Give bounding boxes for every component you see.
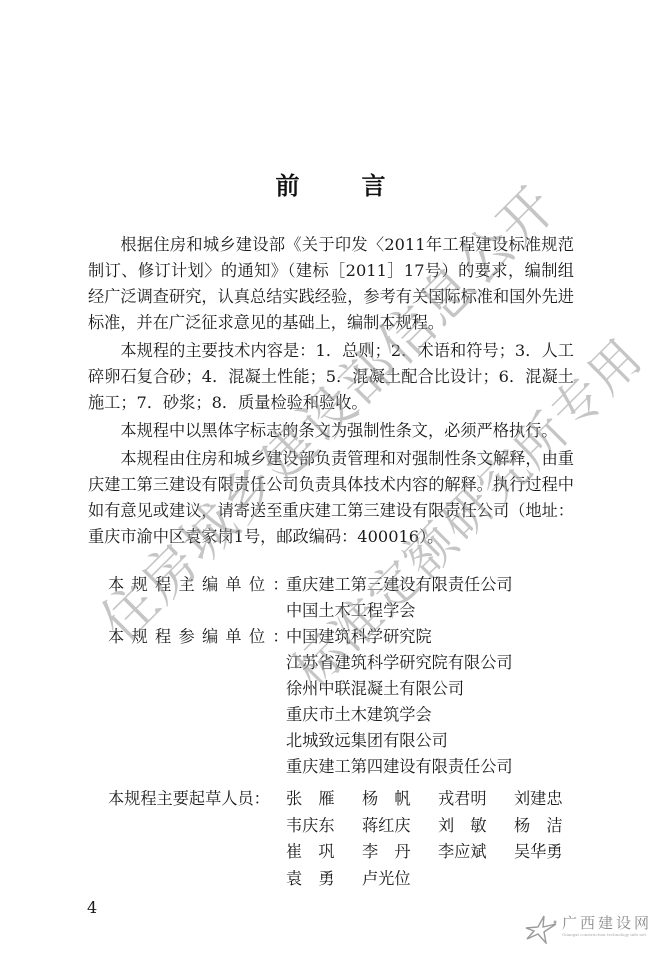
participating-unit: 重庆建工第四建设有限责任公司	[286, 754, 513, 780]
participating-unit: 江苏省建筑科学研究院有限公司	[286, 650, 513, 676]
participating-unit: 徐州中联混凝土有限公司	[286, 676, 513, 702]
credits-section: 本规程主编单位： 重庆建工第三建设有限责任公司 中国土木工程学会 本规程参编单位…	[88, 572, 513, 780]
drafter-name: 杨 洁	[514, 813, 590, 840]
site-logo: 广西建设网 Guangxi construction technology in…	[524, 914, 659, 952]
preface-body: 根据住房和城乡建设部《关于印发〈2011年工程建设标准规范制订、修订计划〉的通知…	[88, 232, 574, 550]
logo-name-cn: 广西建设网	[562, 914, 652, 932]
drafter-name: 袁 勇	[286, 866, 362, 893]
drafter-name: 刘 敏	[438, 813, 514, 840]
star-logo-icon	[524, 914, 558, 944]
participating-unit: 北城致远集团有限公司	[286, 728, 513, 754]
chief-editor-label: 本规程主编单位：	[88, 572, 286, 624]
participating-unit: 重庆市土木建筑学会	[286, 702, 513, 728]
document-page: 前言 根据住房和城乡建设部《关于印发〈2011年工程建设标准规范制订、修订计划〉…	[0, 0, 661, 958]
page-title: 前言	[0, 166, 661, 201]
participating-units-label: 本规程参编单位：	[88, 624, 286, 780]
paragraph-management: 本规程由住房和城乡建设部负责管理和对强制性条文解释，由重庆建工第三建设有限责任公…	[88, 446, 574, 550]
participating-unit: 中国建筑科学研究院	[286, 624, 513, 650]
drafter-name: 吴华勇	[514, 839, 590, 866]
chief-editor-unit: 中国土木工程学会	[286, 598, 513, 624]
logo-name-en: Guangxi construction technology info net	[562, 932, 652, 938]
drafter-name: 戎君明	[438, 786, 514, 813]
drafter-name: 杨 帆	[362, 786, 438, 813]
page-number: 4	[87, 898, 97, 917]
drafter-name: 韦庆东	[286, 813, 362, 840]
drafters-names: 张 雁 杨 帆 戎君明 刘建忠 韦庆东 蒋红庆 刘 敏 杨 洁 崔 巩 李 丹 …	[286, 786, 590, 892]
drafter-name: 刘建忠	[514, 786, 590, 813]
paragraph-mandatory: 本规程中以黑体字标志的条文为强制性条文，必须严格执行。	[88, 418, 574, 444]
drafters-section: 本规程主要起草人员： 张 雁 杨 帆 戎君明 刘建忠 韦庆东 蒋红庆 刘 敏 杨…	[88, 786, 590, 892]
paragraph-basis: 根据住房和城乡建设部《关于印发〈2011年工程建设标准规范制订、修订计划〉的通知…	[88, 232, 574, 336]
drafter-name: 崔 巩	[286, 839, 362, 866]
paragraph-contents: 本规程的主要技术内容是：1．总则；2．术语和符号；3．人工碎卵石复合砂；4．混凝…	[88, 338, 574, 416]
chief-editor-row: 本规程主编单位： 重庆建工第三建设有限责任公司 中国土木工程学会	[88, 572, 513, 624]
drafter-name: 蒋红庆	[362, 813, 438, 840]
drafter-name: 李应斌	[438, 839, 514, 866]
participating-units-row: 本规程参编单位： 中国建筑科学研究院 江苏省建筑科学研究院有限公司 徐州中联混凝…	[88, 624, 513, 780]
chief-editor-unit: 重庆建工第三建设有限责任公司	[286, 572, 513, 598]
title-char-2: 言	[362, 166, 386, 201]
drafter-name: 张 雁	[286, 786, 362, 813]
drafter-name: 卢光位	[362, 866, 438, 893]
drafter-name: 李 丹	[362, 839, 438, 866]
drafters-label: 本规程主要起草人员：	[88, 786, 286, 892]
title-char-1: 前	[276, 166, 300, 201]
